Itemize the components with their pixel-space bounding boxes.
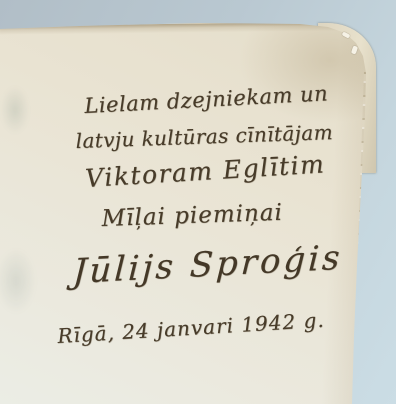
inscription-dedicatee: Viktoram Eglītim xyxy=(84,151,325,191)
inscription-line: latvju kultūras cīnītājam xyxy=(75,122,333,151)
ink-show-through xyxy=(0,248,36,314)
ink-show-through xyxy=(1,86,29,134)
inscription-line: Mīļai piemiņai xyxy=(101,202,283,231)
photo-scene: Lielam dzejniekam un latvju kultūras cīn… xyxy=(0,0,396,404)
inscription-line: Lielam dzejniekam un xyxy=(84,83,329,117)
signature: Jūlijs Sproģis xyxy=(72,241,343,289)
dateline: Rīgā, 24 janvari 1942 g. xyxy=(57,310,325,346)
page-top-edge xyxy=(0,22,340,35)
book-page: Lielam dzejniekam un latvju kultūras cīn… xyxy=(0,0,396,404)
